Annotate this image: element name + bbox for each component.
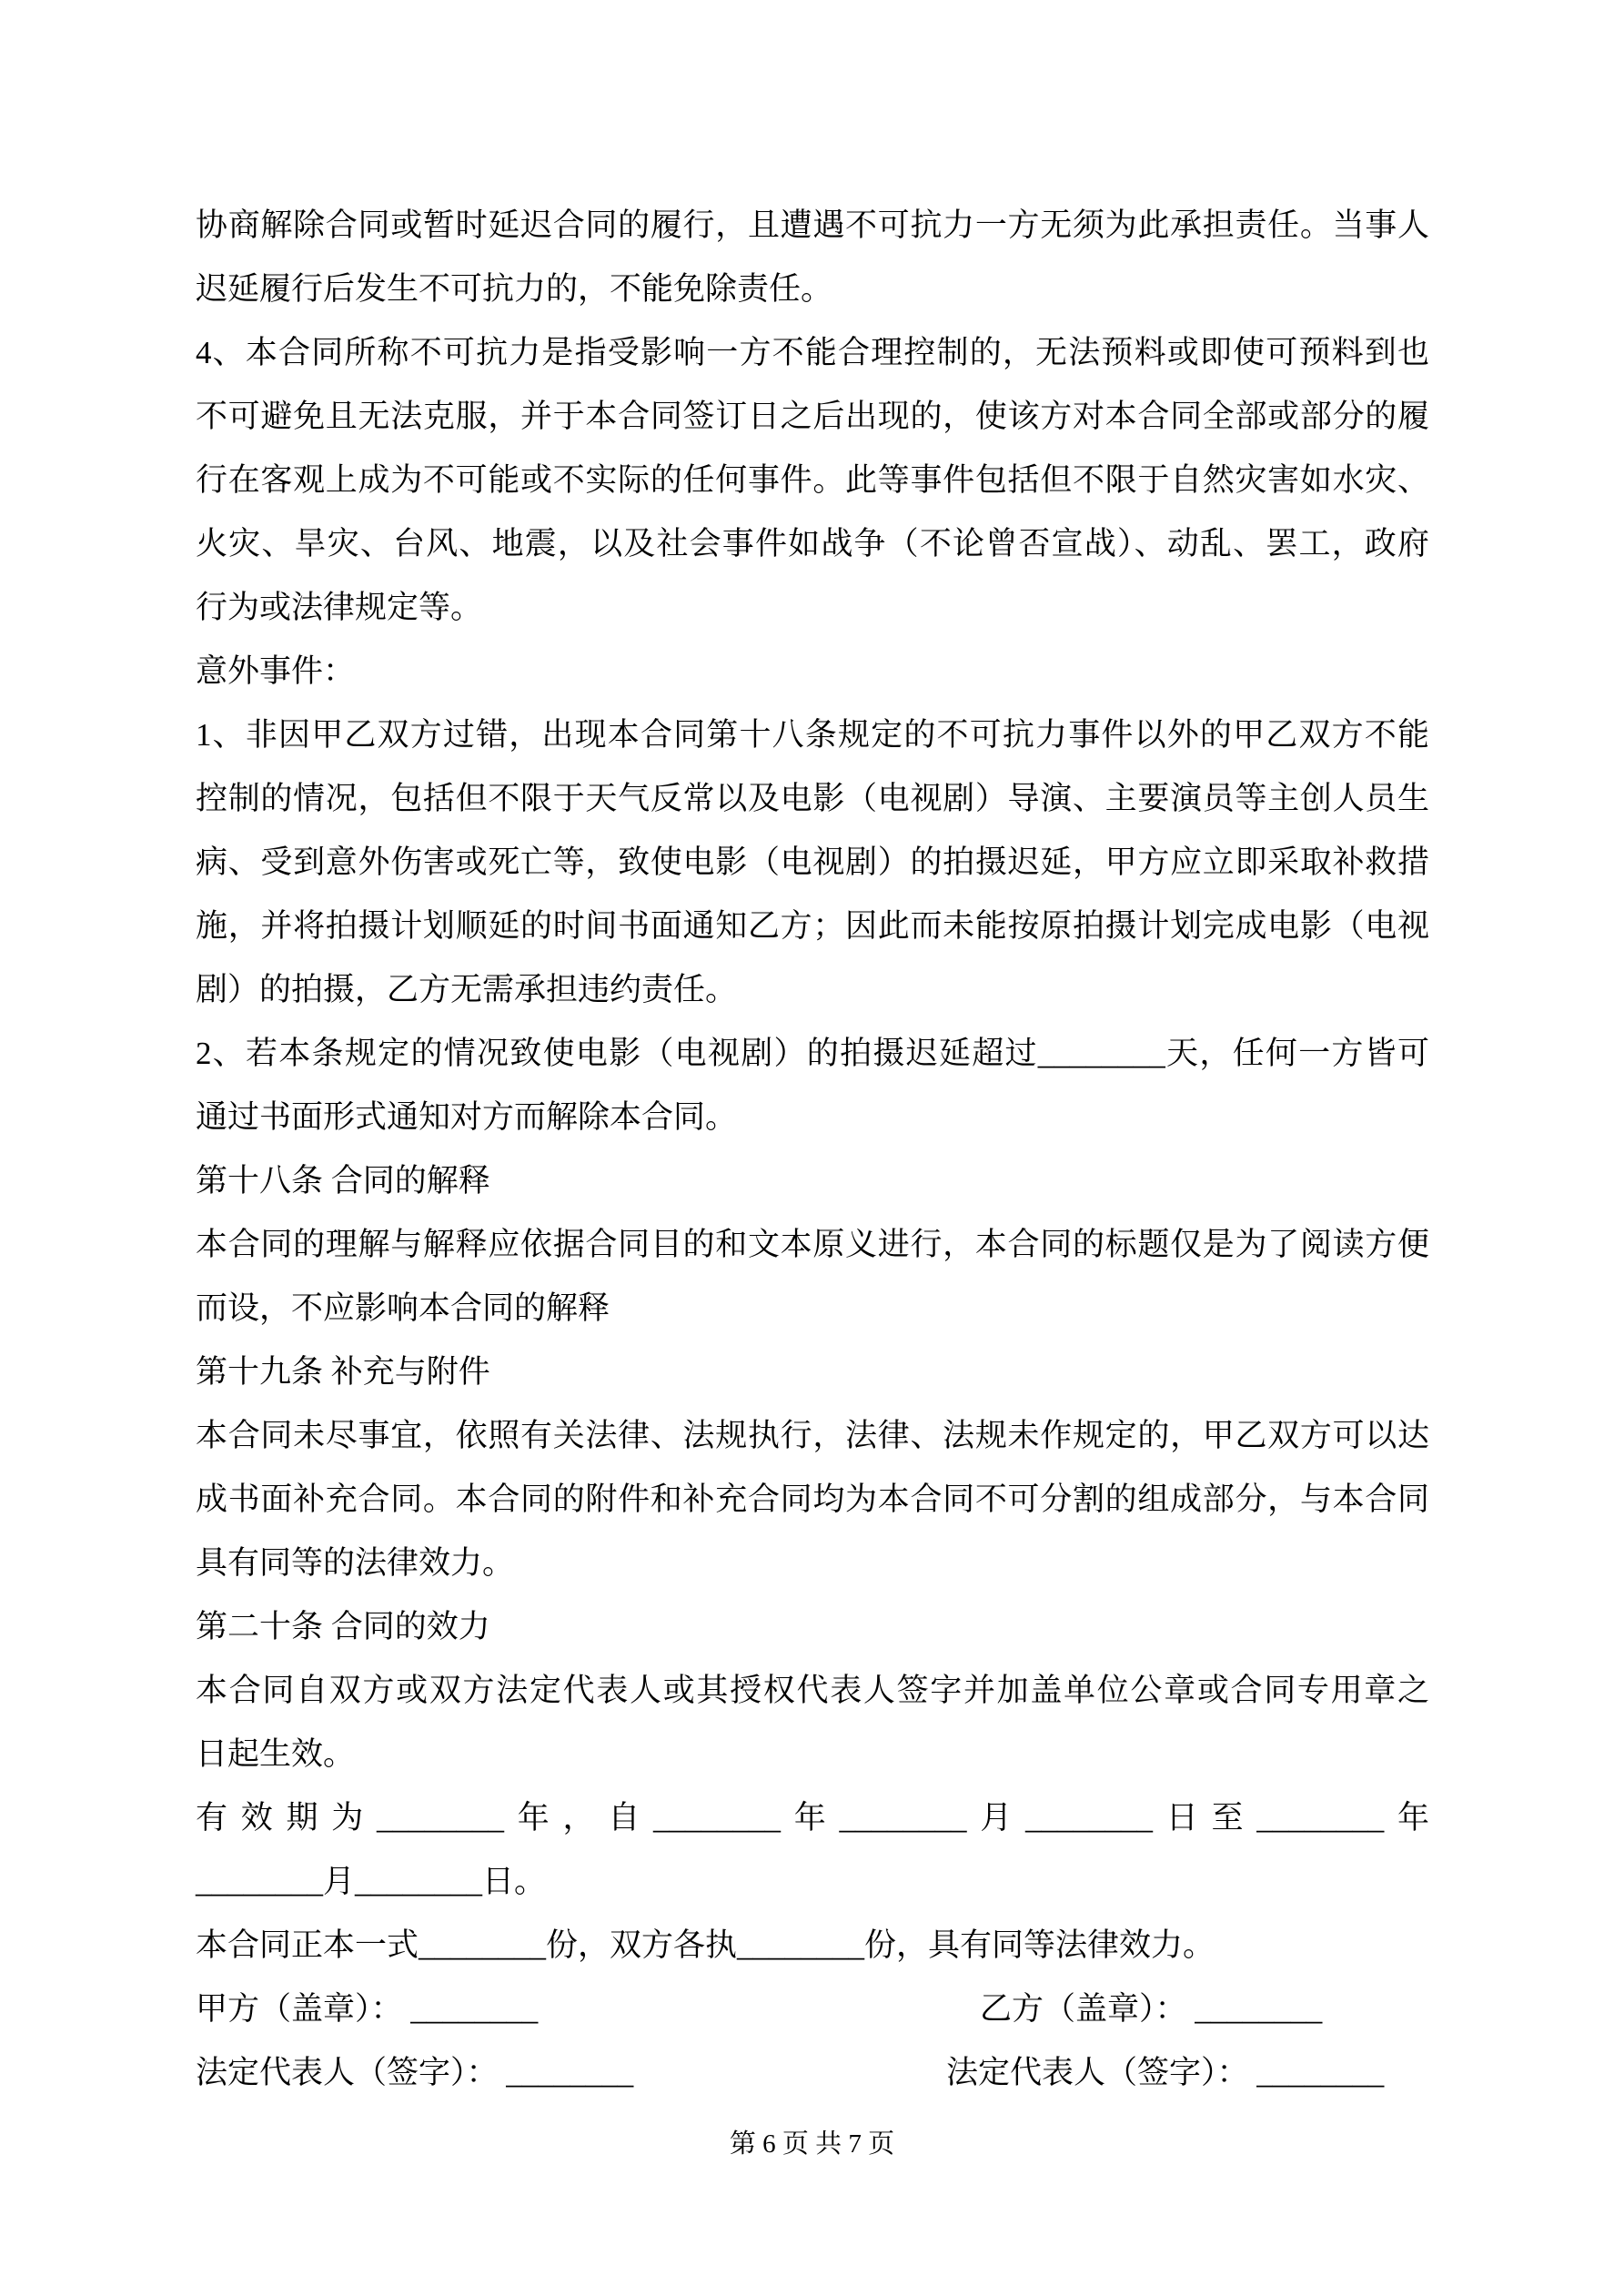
- document-line: 2、若本条规定的情况致使电影（电视剧）的拍摄迟延超过________天，任何一方…: [196, 1022, 1429, 1086]
- signature-field-left: 法定代表人（签字）： ________: [196, 2055, 633, 2090]
- document-line: 协商解除合同或暂时延迟合同的履行，且遭遇不可抗力一方无须为此承担责任。当事人: [196, 194, 1429, 258]
- document-line: 施，并将拍摄计划顺延的时间书面通知乙方；因此而未能按原拍摄计划完成电影（电视: [196, 895, 1429, 958]
- page-number: 第 6 页 共 7 页: [0, 2112, 1624, 2176]
- signature-row: 甲方（盖章）： ________乙方（盖章）： ________: [196, 1977, 1429, 2041]
- document-line: ________月________日。: [196, 1850, 1429, 1914]
- document-line: 剧）的拍摄，乙方无需承担违约责任。: [196, 958, 1429, 1022]
- signature-field-left: 甲方（盖章）： ________: [196, 1991, 538, 2027]
- document-line: 成书面补充合同。本合同的附件和补充合同均为本合同不可分割的组成部分，与本合同: [196, 1468, 1429, 1532]
- signature-field-right: 法定代表人（签字）： ________: [946, 2041, 1384, 2105]
- document-line: 火灾、旱灾、台风、地震，以及社会事件如战争（不论曾否宣战）、动乱、罢工，政府: [196, 512, 1429, 576]
- document-line: 本合同正本一式________份，双方各执________份，具有同等法律效力。: [196, 1914, 1429, 1977]
- document-line: 4、本合同所称不可抗力是指受影响一方不能合理控制的，无法预料或即使可预料到也: [196, 321, 1429, 385]
- document-line: 本合同自双方或双方法定代表人或其授权代表人签字并加盖单位公章或合同专用章之: [196, 1659, 1429, 1723]
- document-line: 1、非因甲乙双方过错，出现本合同第十八条规定的不可抗力事件以外的甲乙双方不能: [196, 703, 1429, 767]
- document-line: 控制的情况，包括但不限于天气反常以及电影（电视剧）导演、主要演员等主创人员生: [196, 767, 1429, 831]
- document-line: 有效期为________年，自________年________月_______…: [196, 1786, 1429, 1850]
- document-line: 第二十条 合同的效力: [196, 1595, 1429, 1659]
- document-line: 第十八条 合同的解释: [196, 1149, 1429, 1213]
- document-line: 迟延履行后发生不可抗力的，不能免除责任。: [196, 258, 1429, 321]
- document-line: 不可避免且无法克服，并于本合同签订日之后出现的，使该方对本合同全部或部分的履: [196, 385, 1429, 449]
- document-line: 本合同的理解与解释应依据合同目的和文本原义进行，本合同的标题仅是为了阅读方便: [196, 1213, 1429, 1277]
- document-line: 通过书面形式通知对方而解除本合同。: [196, 1086, 1429, 1149]
- document-line: 而设，不应影响本合同的解释: [196, 1277, 1429, 1340]
- document-line: 本合同未尽事宜，依照有关法律、法规执行，法律、法规未作规定的，甲乙双方可以达: [196, 1404, 1429, 1468]
- signature-field-right: 乙方（盖章）： ________: [980, 1977, 1322, 2041]
- document-line: 行为或法律规定等。: [196, 576, 1429, 640]
- document-line: 日起生效。: [196, 1723, 1429, 1786]
- document-line: 病、受到意外伤害或死亡等，致使电影（电视剧）的拍摄迟延，甲方应立即采取补救措: [196, 831, 1429, 895]
- contract-page: 协商解除合同或暂时延迟合同的履行，且遭遇不可抗力一方无须为此承担责任。当事人迟延…: [0, 0, 1624, 2296]
- document-line: 意外事件：: [196, 640, 1429, 703]
- document-body: 协商解除合同或暂时延迟合同的履行，且遭遇不可抗力一方无须为此承担责任。当事人迟延…: [196, 194, 1429, 2105]
- document-line: 行在客观上成为不可能或不实际的任何事件。此等事件包括但不限于自然灾害如水灾、: [196, 449, 1429, 512]
- signature-row: 法定代表人（签字）： ________法定代表人（签字）： ________: [196, 2041, 1429, 2105]
- document-line: 具有同等的法律效力。: [196, 1532, 1429, 1595]
- document-line: 第十九条 补充与附件: [196, 1340, 1429, 1404]
